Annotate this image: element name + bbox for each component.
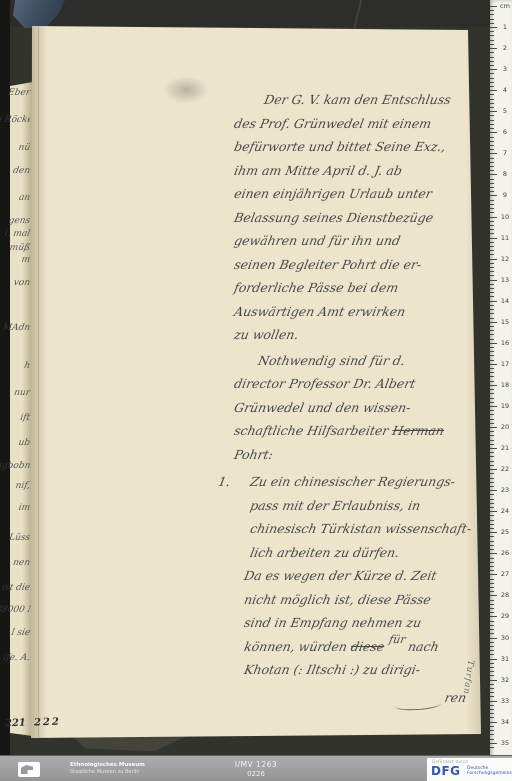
ruler-tick (490, 360, 494, 361)
ruler-tick (490, 322, 497, 323)
ruler-tick (490, 14, 494, 15)
ruler-tick (490, 347, 494, 348)
ruler-tick (490, 330, 494, 331)
ruler-tick (490, 124, 494, 125)
ruler-tick (490, 170, 494, 171)
handwriting-line: des Prof. Grünwedel mit einem (232, 112, 469, 136)
ruler-tick (490, 301, 497, 302)
ruler-tick (490, 339, 494, 340)
ruler-tick (490, 486, 494, 487)
handwriting-line: einen einjährigen Urlaub unter (232, 182, 469, 206)
ruler-tick (490, 532, 497, 533)
ruler-tick (490, 27, 497, 28)
ruler-number: 9 (498, 191, 512, 199)
ruler-tick (490, 284, 494, 285)
ruler-tick (490, 717, 494, 718)
handwriting-line: Da es wegen der Kürze d. Zeit (232, 564, 469, 588)
ruler-tick (490, 410, 494, 411)
ruler-number: 27 (498, 570, 512, 578)
handwriting-line: ihm am Mitte April d. J. ab (232, 159, 469, 183)
ruler-tick (490, 465, 494, 466)
ruler-tick (490, 166, 494, 167)
page-fold-line (38, 26, 39, 738)
handwriting-line: Khotan (: Iltschi :) zu dirigi- (232, 658, 469, 682)
ruler-tick (490, 747, 494, 748)
ruler-tick (490, 650, 494, 651)
handwritten-text-block: Der G. V. kam den Entschlussdes Prof. Gr… (232, 88, 464, 709)
struck-word: Herman (391, 423, 446, 438)
ruler-tick (490, 583, 494, 584)
cm-ruler: cm12345678910111213141516171819202122232… (490, 0, 512, 757)
ruler-tick (490, 6, 497, 7)
ruler-tick (490, 692, 494, 693)
ruler-tick (490, 726, 494, 727)
ruler-tick (490, 296, 494, 297)
ruler-number: 16 (498, 339, 512, 347)
ruler-tick (490, 553, 497, 554)
ruler-tick (490, 705, 494, 706)
catalog-number-right: 222 (34, 717, 61, 729)
list-number: 1. (216, 470, 233, 494)
ruler-tick (490, 334, 494, 335)
ruler-tick (490, 642, 494, 643)
ruler-tick (490, 242, 494, 243)
ruler-tick (490, 574, 497, 575)
ruler-tick (490, 35, 494, 36)
ruler-tick (490, 221, 494, 222)
ruler-tick (490, 696, 494, 697)
ruler-tick (490, 734, 494, 735)
ruler-tick (490, 158, 494, 159)
ruler-tick (490, 448, 497, 449)
ruler-tick (490, 688, 494, 689)
ruler-number: 31 (498, 655, 512, 663)
ruler-tick (490, 587, 494, 588)
ruler-tick (490, 128, 494, 129)
ruler-tick (490, 82, 494, 83)
ruler-tick (490, 179, 494, 180)
ruler-tick (490, 663, 494, 664)
ruler-tick (490, 730, 494, 731)
ruler-tick (490, 469, 497, 470)
ruler-tick (490, 579, 494, 580)
ruler-number: 26 (498, 549, 512, 557)
ruler-tick (490, 684, 494, 685)
ruler-tick (490, 511, 497, 512)
ruler-tick (490, 612, 494, 613)
ruler-tick (490, 23, 494, 24)
ruler-tick (490, 263, 494, 264)
ruler-tick (490, 107, 494, 108)
ruler-tick (490, 259, 497, 260)
ruler-tick (490, 305, 494, 306)
handwriting-line: Nothwendig sind für d. (232, 349, 469, 373)
ruler-tick (490, 208, 494, 209)
ruler-number: 14 (498, 297, 512, 305)
signature-flourish (395, 698, 442, 711)
ruler-tick (490, 132, 497, 133)
ruler-tick (490, 225, 494, 226)
ruler-tick (490, 61, 494, 62)
background-left-strip (0, 0, 10, 755)
ruler-number: 22 (498, 465, 512, 473)
ruler-number: 30 (498, 634, 512, 642)
table-shadow-wedge (72, 736, 187, 754)
ruler-number: 23 (498, 486, 512, 494)
ruler-tick (490, 435, 494, 436)
handwriting-line: chinesisch Türkistan wissenschaft- (232, 517, 469, 541)
ruler-tick (490, 595, 497, 596)
ruler-tick (490, 313, 494, 314)
ruler-tick (490, 633, 494, 634)
ruler-tick (490, 419, 494, 420)
ruler-tick (490, 48, 497, 49)
ruler-tick (490, 389, 494, 390)
handwriting-line: sind in Empfang nehmen zu (232, 611, 469, 635)
ruler-tick (490, 120, 494, 121)
ruler-tick (490, 187, 494, 188)
scanned-manuscript-viewer: Ebern Röckenüdenangensi, malmüßmvonMAdnh… (0, 0, 512, 781)
ruler-tick (490, 423, 494, 424)
ruler-tick (490, 343, 497, 344)
ruler-tick (490, 145, 494, 146)
ruler-number: 21 (498, 444, 512, 452)
ruler-unit-label: cm (498, 2, 512, 10)
ruler-number: 19 (498, 402, 512, 410)
ruler-number: 11 (498, 234, 512, 242)
ruler-tick (490, 739, 494, 740)
ruler-tick (490, 376, 494, 377)
ruler-tick (490, 280, 497, 281)
ruler-tick (490, 162, 494, 163)
ruler-number: 3 (498, 65, 512, 73)
ruler-tick (490, 19, 494, 20)
ruler-tick (490, 713, 494, 714)
ruler-number: 24 (498, 507, 512, 515)
ruler-tick (490, 452, 494, 453)
ruler-number: 6 (498, 128, 512, 136)
ruler-tick (490, 275, 494, 276)
ruler-tick (490, 398, 494, 399)
ruler-tick (490, 625, 494, 626)
handwriting-line: schaftliche Hilfsarbeiter Herman (232, 419, 469, 443)
ruler-tick (490, 204, 494, 205)
ruler-tick (490, 675, 494, 676)
ruler-tick (490, 536, 494, 537)
ruler-tick (490, 414, 494, 415)
ruler-tick (490, 507, 494, 508)
ruler-tick (490, 183, 494, 184)
ruler-tick (490, 309, 494, 310)
ruler-tick (490, 427, 497, 428)
ruler-tick (490, 499, 494, 500)
ruler-tick (490, 191, 494, 192)
ruler-tick (490, 212, 494, 213)
ruler-tick (490, 541, 494, 542)
ruler-tick (490, 103, 494, 104)
ruler-tick (490, 545, 494, 546)
footer-bar: Ethnologisches Museum Staatliche Museen … (0, 755, 512, 781)
background-top-shade (0, 0, 512, 27)
ruler-tick (490, 638, 497, 639)
ruler-number: 32 (498, 676, 512, 684)
catalog-number-left: 221 (5, 717, 26, 729)
ruler-tick (490, 743, 497, 744)
ruler-tick (490, 591, 494, 592)
handwriting-line: Auswärtigen Amt erwirken (232, 300, 469, 324)
ruler-tick (490, 654, 494, 655)
ruler-tick (490, 44, 494, 45)
ruler-tick (490, 524, 494, 525)
handwriting-line: 1.Zu ein chinesischer Regierungs- (232, 470, 469, 494)
ruler-tick (490, 246, 494, 247)
page-gutter-shadow (31, 26, 47, 738)
ruler-tick (490, 233, 494, 234)
ruler-number: 17 (498, 360, 512, 368)
handwriting-line: nicht möglich ist, diese Pässe (232, 588, 469, 612)
ruler-tick (490, 115, 494, 116)
handwriting-line: director Professor Dr. Albert (232, 372, 469, 396)
handwriting-line: Der G. V. kam den Entschluss (232, 88, 469, 112)
ruler-tick (490, 250, 494, 251)
ruler-tick (490, 174, 497, 175)
ruler-tick (490, 444, 494, 445)
handwriting-line: forderliche Pässe bei dem (232, 276, 469, 300)
ruler-tick (490, 94, 494, 95)
handwriting-line: gewähren und für ihn und (232, 229, 469, 253)
ruler-number: 5 (498, 107, 512, 115)
ruler-tick (490, 406, 497, 407)
ruler-tick (490, 111, 497, 112)
ruler-tick (490, 482, 494, 483)
handwriting-line: Grünwedel und den wissen- (232, 396, 469, 420)
ruler-tick (490, 402, 494, 403)
struck-word: diese (350, 639, 386, 654)
ruler-number: 7 (498, 149, 512, 157)
ruler-tick (490, 57, 494, 58)
dfg-logo-icon: DFG (431, 764, 461, 778)
ruler-number: 15 (498, 318, 512, 326)
ruler-tick (490, 326, 494, 327)
ruler-tick (490, 10, 494, 11)
handwriting-line: lich arbeiten zu dürfen. (232, 541, 469, 565)
ruler-tick (490, 217, 497, 218)
dfg-name-line2: Forschungsgemeinschaft (467, 771, 512, 776)
manuscript-page: Der G. V. kam den Entschlussdes Prof. Gr… (0, 0, 512, 781)
ruler-tick (490, 722, 497, 723)
ruler-tick (490, 69, 497, 70)
ruler-tick (490, 680, 497, 681)
ruler-tick (490, 364, 497, 365)
dfg-full-name: Deutsche Forschungsgemeinschaft (467, 766, 512, 776)
ruler-tick (490, 671, 494, 672)
ruler-tick (490, 549, 494, 550)
ruler-number: 35 (498, 739, 512, 747)
ruler-tick (490, 141, 494, 142)
ruler-tick (490, 73, 494, 74)
ruler-tick (490, 528, 494, 529)
ruler-tick (490, 86, 494, 87)
ruler-tick (490, 99, 494, 100)
ruler-tick (490, 372, 494, 373)
ruler-tick (490, 368, 494, 369)
ruler-number: 20 (498, 423, 512, 431)
handwriting-line: Belassung seines Dienstbezüge (232, 206, 469, 230)
ruler-tick (490, 271, 494, 272)
ruler-number: 29 (498, 612, 512, 620)
inserted-word: für (384, 633, 406, 646)
paper-smudge (163, 76, 209, 104)
ruler-tick (490, 381, 494, 382)
ruler-tick (490, 520, 494, 521)
ruler-tick (490, 200, 494, 201)
ruler-tick (490, 608, 494, 609)
ruler-number: 2 (498, 44, 512, 52)
ruler-tick (490, 503, 494, 504)
ruler-tick (490, 629, 494, 630)
ruler-tick (490, 701, 497, 702)
ruler-number: 4 (498, 86, 512, 94)
ruler-tick (490, 318, 494, 319)
ruler-number: 12 (498, 255, 512, 263)
ruler-tick (490, 621, 494, 622)
ruler-tick (490, 440, 494, 441)
ruler-tick (490, 229, 494, 230)
handwriting-line: zu wollen. (232, 323, 469, 347)
ruler-tick (490, 431, 494, 432)
ruler-tick (490, 478, 494, 479)
ruler-number: 34 (498, 718, 512, 726)
dfg-logo-patch: Gefördert durch DFG Deutsche Forschungsg… (427, 758, 512, 781)
ruler-tick (490, 40, 494, 41)
ruler-tick (490, 461, 494, 462)
ruler-tick (490, 566, 494, 567)
ruler-tick (490, 153, 497, 154)
ruler-tick (490, 393, 494, 394)
ruler-tick (490, 646, 494, 647)
ruler-tick (490, 195, 497, 196)
ruler-tick (490, 600, 494, 601)
ruler-tick (490, 667, 494, 668)
ruler-tick (490, 254, 494, 255)
ruler-number: 1 (498, 23, 512, 31)
ruler-tick (490, 659, 497, 660)
ruler-number: 25 (498, 528, 512, 536)
ruler-tick (490, 78, 494, 79)
ruler-tick (490, 494, 494, 495)
ruler-tick (490, 355, 494, 356)
ruler-tick (490, 137, 494, 138)
ruler-number: 13 (498, 276, 512, 284)
ruler-tick (490, 149, 494, 150)
ruler-tick (490, 490, 497, 491)
ruler-tick (490, 292, 494, 293)
ruler-tick (490, 238, 497, 239)
ruler-tick (490, 288, 494, 289)
ruler-number: 18 (498, 381, 512, 389)
handwriting-line: Pohrt: (232, 443, 469, 467)
ruler-tick (490, 604, 494, 605)
ruler-tick (490, 90, 497, 91)
ruler-tick (490, 473, 494, 474)
ruler-tick (490, 515, 494, 516)
ruler-number: 28 (498, 591, 512, 599)
handwriting-line: seinen Begleiter Pohrt die er- (232, 253, 469, 277)
ruler-tick (490, 616, 497, 617)
ruler-tick (490, 709, 494, 710)
ruler-tick (490, 385, 497, 386)
ruler-tick (490, 65, 494, 66)
ruler-tick (490, 570, 494, 571)
ruler-number: 10 (498, 213, 512, 221)
handwriting-line: befürworte und bittet Seine Exz., (232, 135, 469, 159)
ruler-tick (490, 456, 494, 457)
ruler-tick (490, 267, 494, 268)
ruler-tick (490, 52, 494, 53)
ruler-number: 8 (498, 170, 512, 178)
ruler-tick (490, 558, 494, 559)
ruler-tick (490, 351, 494, 352)
ruler-tick (490, 562, 494, 563)
handwriting-line: pass mit der Erlaubniss, in (232, 494, 469, 518)
handwriting-line: können, würden diese für nach (232, 635, 469, 659)
ruler-tick (490, 31, 494, 32)
ruler-number: 33 (498, 697, 512, 705)
